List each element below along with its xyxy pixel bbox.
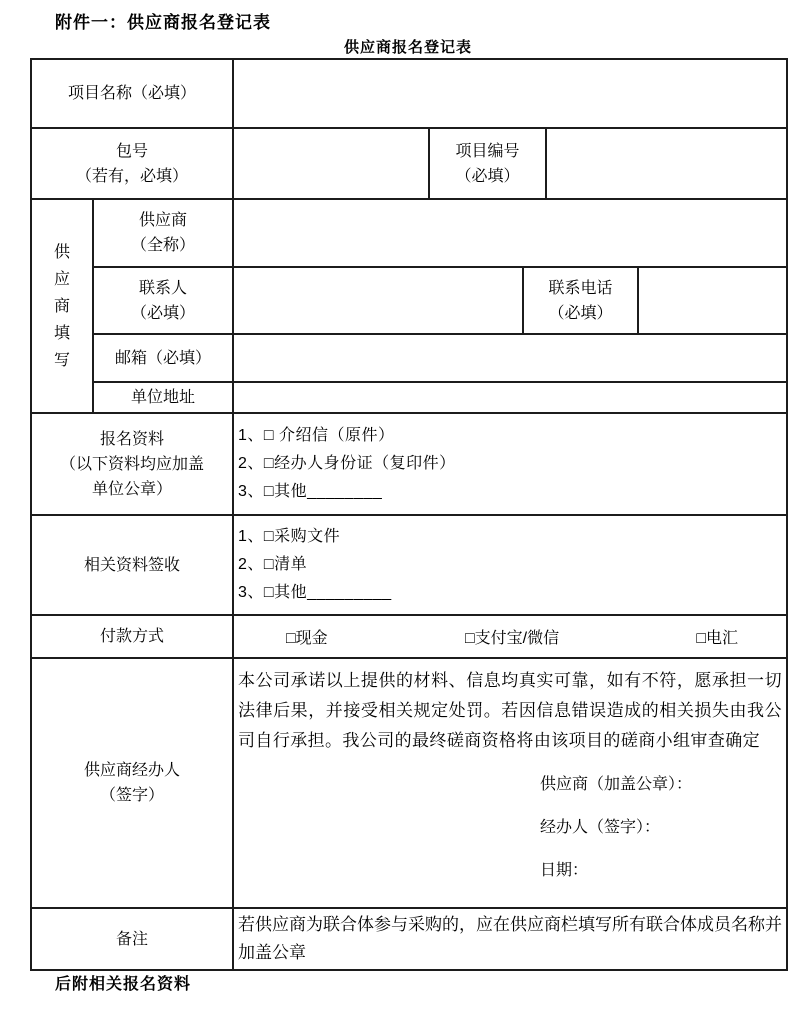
checkbox-list-item: 3、□其他_________ (238, 579, 782, 607)
agent-statement-cell: 本公司承诺以上提供的材料、信息均真实可靠，如有不符，愿承担一切法律后果，并接受相… (233, 658, 787, 908)
checkbox-list-item: 1、□ 介绍信（原件） (238, 422, 782, 450)
table-row: 邮箱（必填） (31, 334, 787, 382)
table-row: 报名资料 （以下资料均应加盖 单位公章） 1、□ 介绍信（原件） 2、□经办人身… (31, 413, 787, 515)
table-row: 项目名称（必填） (31, 59, 787, 128)
phone-label: 联系电话 （必填） (523, 267, 638, 334)
supplier-fullname-label: 供应商 （全称） (93, 199, 233, 267)
receipt-docs-label: 相关资料签收 (31, 515, 233, 615)
email-value-cell (233, 334, 787, 382)
registration-form-table: 项目名称（必填） 包号 （若有，必填） 项目编号 （必填） 供应商填写 供应商 … (30, 58, 788, 971)
payment-options-cell: □现金 □支付宝/微信 □电汇 (233, 615, 787, 658)
email-label: 邮箱（必填） (93, 334, 233, 382)
remarks-label: 备注 (31, 908, 233, 970)
contact-value-cell (233, 267, 523, 334)
table-row: 备注 若供应商为联合体参与采购的，应在供应商栏填写所有联合体成员名称并加盖公章 (31, 908, 787, 970)
attachment-heading: 附件一：供应商报名登记表 (55, 8, 271, 33)
registration-docs-cell: 1、□ 介绍信（原件） 2、□经办人身份证（复印件） 3、□其他________ (233, 413, 787, 515)
table-row: 单位地址 (31, 382, 787, 413)
contact-label: 联系人 （必填） (93, 267, 233, 334)
phone-value-cell (638, 267, 787, 334)
remarks-text: 若供应商为联合体参与采购的，应在供应商栏填写所有联合体成员名称并加盖公章 (238, 911, 782, 967)
checkbox-list-item: 2、□清单 (238, 551, 782, 579)
project-no-value-cell (546, 128, 787, 199)
table-row: 包号 （若有，必填） 项目编号 （必填） (31, 128, 787, 199)
table-row: 供应商经办人 （签字） 本公司承诺以上提供的材料、信息均真实可靠，如有不符，愿承… (31, 658, 787, 908)
payment-option-cash: □现金 (286, 625, 328, 648)
table-title: 供应商报名登记表 (30, 36, 786, 57)
package-no-value-cell (233, 128, 429, 199)
payment-option-wire: □电汇 (696, 625, 738, 648)
address-value-cell (233, 382, 787, 413)
signature-block: 供应商（加盖公章）： 经办人（签字）： 日期： (540, 772, 782, 884)
table-row: 供应商填写 供应商 （全称） (31, 199, 787, 267)
supplier-fullname-value-cell (233, 199, 787, 267)
supplier-section-cell: 供应商填写 (31, 199, 93, 413)
project-name-label: 项目名称（必填） (31, 59, 233, 128)
remarks-cell: 若供应商为联合体参与采购的，应在供应商栏填写所有联合体成员名称并加盖公章 (233, 908, 787, 970)
payment-option-alipay-wechat: □支付宝/微信 (465, 625, 559, 648)
registration-docs-label: 报名资料 （以下资料均应加盖 单位公章） (31, 413, 233, 515)
agent-signature-line: 经办人（签字）： (540, 815, 782, 841)
address-label: 单位地址 (93, 382, 233, 413)
payment-label: 付款方式 (31, 615, 233, 658)
agent-sign-label: 供应商经办人 （签字） (31, 658, 233, 908)
package-no-label: 包号 （若有，必填） (31, 128, 233, 199)
checkbox-list-item: 2、□经办人身份证（复印件） (238, 450, 782, 478)
date-line: 日期： (540, 858, 782, 884)
table-row: 付款方式 □现金 □支付宝/微信 □电汇 (31, 615, 787, 658)
receipt-docs-cell: 1、□采购文件 2、□清单 3、□其他_________ (233, 515, 787, 615)
commitment-statement: 本公司承诺以上提供的材料、信息均真实可靠，如有不符，愿承担一切法律后果，并接受相… (238, 666, 782, 756)
table-row: 相关资料签收 1、□采购文件 2、□清单 3、□其他_________ (31, 515, 787, 615)
supplier-seal-line: 供应商（加盖公章）： (540, 772, 782, 798)
checkbox-list-item: 3、□其他________ (238, 478, 782, 506)
project-name-value-cell (233, 59, 787, 128)
footer-note: 后附相关报名资料 (55, 971, 191, 994)
checkbox-list-item: 1、□采购文件 (238, 523, 782, 551)
project-no-label: 项目编号 （必填） (429, 128, 546, 199)
table-row: 联系人 （必填） 联系电话 （必填） (31, 267, 787, 334)
supplier-section-side-label: 供应商填写 (52, 239, 72, 374)
